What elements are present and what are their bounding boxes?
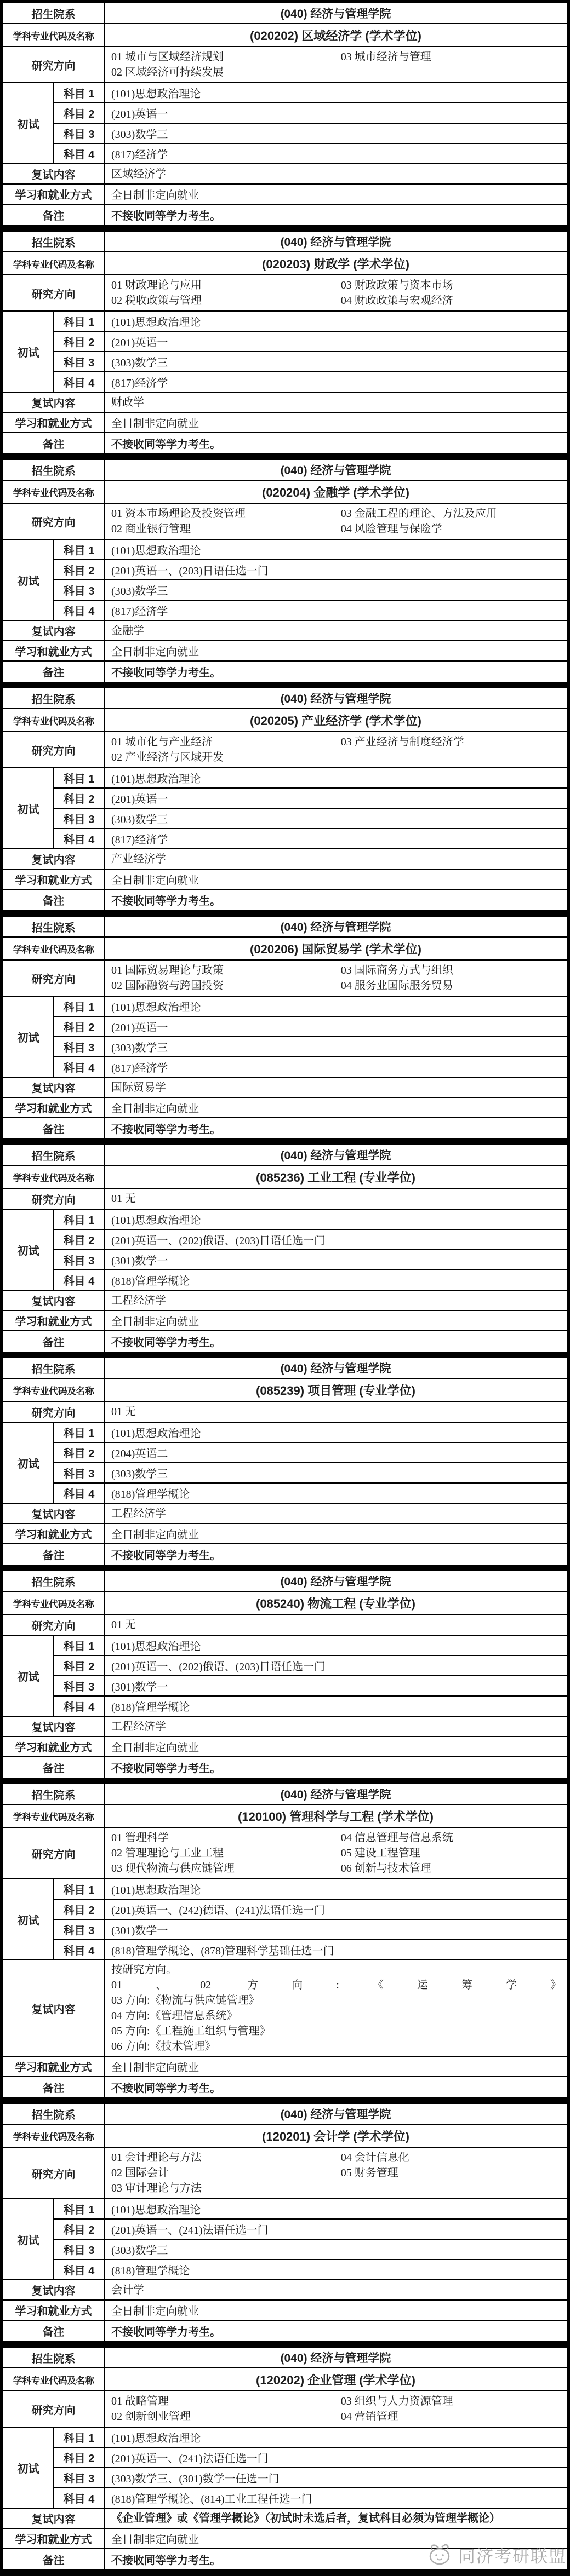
- directions-columns: 01 城市化与产业经济02 产业经济与区域开发 03 产业经济与制度经济学: [111, 734, 561, 765]
- row-label-code-name: 学科专业代码及名称: [3, 1165, 104, 1188]
- row-study-mode: 学习和就业方式 全日制非定向就业: [3, 412, 567, 433]
- row-study-mode: 学习和就业方式 全日制非定向就业: [3, 2056, 567, 2077]
- subject-1-value: (101)思想政治理论: [104, 996, 567, 1016]
- directions-columns: 01 无: [111, 1404, 561, 1419]
- subject-1-label: 科目 1: [54, 539, 104, 560]
- row-code-name: 学科专业代码及名称 (120100) 管理科学与工程 (学术学位): [3, 1804, 567, 1827]
- study-mode-value: 全日制非定向就业: [104, 1310, 567, 1331]
- subject-3-value: (303)数学三: [104, 808, 567, 829]
- direction-item: 01 无: [111, 1191, 341, 1206]
- row-department: 招生院系 (040) 经济与管理学院: [3, 3, 567, 24]
- program-table: 招生院系 (040) 经济与管理学院 学科专业代码及名称 (120202) 企业…: [2, 2347, 568, 2571]
- row-label-department: 招生院系: [3, 1571, 104, 1591]
- subject-3-label: 科目 3: [54, 808, 104, 829]
- study-mode-value: 全日制非定向就业: [104, 2528, 567, 2549]
- directions-right: 03 产业经济与制度经济学: [341, 734, 561, 765]
- row-retest-content: 复试内容 金融学: [3, 620, 567, 641]
- directions-left: 01 国际贸易理论与政策02 国际融资与跨国投资: [111, 963, 341, 993]
- row-label-note: 备注: [3, 1544, 104, 1565]
- directions-right: 03 国际商务方式与组织04 服务业国际服务贸易: [341, 963, 561, 993]
- subject-3-label: 科目 3: [54, 1037, 104, 1057]
- department-value: (040) 经济与管理学院: [104, 1571, 567, 1591]
- subject-4-value: (817)经济学: [104, 372, 567, 392]
- row-label-study-mode: 学习和就业方式: [3, 1310, 104, 1331]
- direction-item: 04 信息管理与信息系统: [341, 1830, 561, 1845]
- directions-left: 01 城市与区域经济规划02 区域经济可持续发展: [111, 49, 341, 80]
- row-note: 备注 不接收同等学力考生。: [3, 1544, 567, 1565]
- direction-item: 02 国际融资与跨国投资: [111, 978, 341, 993]
- subject-4-label: 科目 4: [54, 1940, 104, 1960]
- directions-cell: 01 管理科学02 管理理论与工业工程03 现代物流与供应链管理 04 信息管理…: [104, 1827, 567, 1879]
- subject-2-label: 科目 2: [54, 1899, 104, 1919]
- subject-2-value: (204)英语二: [104, 1442, 567, 1463]
- row-study-mode: 学习和就业方式 全日制非定向就业: [3, 1523, 567, 1544]
- subject-2-value: (201)英语一: [104, 331, 567, 352]
- note-value: 不接收同等学力考生。: [104, 1757, 567, 1778]
- row-label-department: 招生院系: [3, 2103, 104, 2124]
- subject-4-value: (818)管理学概论: [104, 1483, 567, 1503]
- direction-item: 01 管理科学: [111, 1830, 341, 1845]
- note-value: 不接收同等学力考生。: [104, 2320, 567, 2342]
- subject-3-value: (303)数学三: [104, 123, 567, 143]
- row-subject-3: 科目 3 (301)数学一: [3, 1676, 567, 1696]
- retest-line: 03 方向:《物流与供应链管理》: [111, 1993, 561, 2008]
- subject-2-value: (201)英语一、(242)德语、(241)法语任选一门: [104, 1899, 567, 1919]
- subject-3-label: 科目 3: [54, 1250, 104, 1270]
- note-value: 不接收同等学力考生。: [104, 889, 567, 911]
- code-name-value: (085240) 物流工程 (专业学位): [104, 1591, 567, 1614]
- row-label-study-mode: 学习和就业方式: [3, 2300, 104, 2320]
- retest-line: 工程经济学: [111, 1293, 561, 1308]
- retest-line: 工程经济学: [111, 1719, 561, 1734]
- row-label-code-name: 学科专业代码及名称: [3, 24, 104, 47]
- retest-content: 工程经济学: [111, 1506, 561, 1521]
- retest-line: 05 方向:《工程施工组织与管理》: [111, 2023, 561, 2039]
- row-subject-1: 初试 科目 1 (101)思想政治理论: [3, 539, 567, 560]
- direction-item: 01 资本市场理论及投资管理: [111, 506, 341, 521]
- row-retest-content: 复试内容 财政学: [3, 392, 567, 412]
- subject-2-label: 科目 2: [54, 331, 104, 352]
- study-mode-value: 全日制非定向就业: [104, 2300, 567, 2320]
- row-label-department: 招生院系: [3, 2347, 104, 2368]
- directions-columns: 01 会计理论与方法02 国际会计03 审计理论与方法 04 会计信息化05 财…: [111, 2150, 561, 2196]
- subject-4-value: (818)管理学概论: [104, 2259, 567, 2280]
- retest-content: 财政学: [111, 395, 561, 410]
- row-subject-2: 科目 2 (201)英语一、(202)俄语、(203)日语任选一门: [3, 1655, 567, 1676]
- row-department: 招生院系 (040) 经济与管理学院: [3, 2103, 567, 2124]
- retest-cell: 工程经济学: [104, 1503, 567, 1523]
- row-subject-4: 科目 4 (817)经济学: [3, 1057, 567, 1077]
- subject-4-label: 科目 4: [54, 2259, 104, 2280]
- direction-item: 02 创新创业管理: [111, 2409, 341, 2424]
- direction-item: 05 财务管理: [341, 2165, 561, 2181]
- subject-2-label: 科目 2: [54, 2219, 104, 2239]
- subject-3-value: (303)数学三: [104, 580, 567, 600]
- row-subject-1: 初试 科目 1 (101)思想政治理论: [3, 768, 567, 788]
- row-subject-2: 科目 2 (204)英语二: [3, 1442, 567, 1463]
- row-label-retest: 复试内容: [3, 1503, 104, 1523]
- subject-3-value: (303)数学三: [104, 1463, 567, 1483]
- row-note: 备注 不接收同等学力考生。: [3, 1331, 567, 1352]
- direction-item: 04 风险管理与保险学: [341, 521, 561, 537]
- row-label-study-mode: 学习和就业方式: [3, 2056, 104, 2077]
- study-mode-value: 全日制非定向就业: [104, 2056, 567, 2077]
- row-subject-2: 科目 2 (201)英语一、(241)法语任选一门: [3, 2219, 567, 2239]
- retest-cell: 财政学: [104, 392, 567, 412]
- row-label-department: 招生院系: [3, 459, 104, 480]
- row-label-code-name: 学科专业代码及名称: [3, 709, 104, 732]
- subject-4-label: 科目 4: [54, 1696, 104, 1716]
- directions-left: 01 财政理论与应用02 税收政策与管理: [111, 278, 341, 308]
- row-retest-content: 复试内容 工程经济学: [3, 1503, 567, 1523]
- row-label-code-name: 学科专业代码及名称: [3, 2124, 104, 2147]
- subject-3-value: (303)数学三: [104, 1037, 567, 1057]
- row-note: 备注 不接收同等学力考生。: [3, 889, 567, 911]
- row-research-directions: 研究方向 01 财政理论与应用02 税收政策与管理 03 财政政策与资本市场04…: [3, 275, 567, 311]
- row-subject-2: 科目 2 (201)英语一、(241)法语任选一门: [3, 2447, 567, 2468]
- subject-4-value: (818)管理学概论、(878)管理科学基础任选一门: [104, 1940, 567, 1960]
- row-label-retest: 复试内容: [3, 849, 104, 869]
- row-subject-3: 科目 3 (303)数学三: [3, 580, 567, 600]
- subject-1-value: (101)思想政治理论: [104, 1635, 567, 1655]
- row-label-first-exam: 初试: [3, 768, 54, 849]
- row-label-retest: 复试内容: [3, 164, 104, 184]
- directions-cell: 01 城市化与产业经济02 产业经济与区域开发 03 产业经济与制度经济学: [104, 732, 567, 768]
- program-table: 招生院系 (040) 经济与管理学院 学科专业代码及名称 (085236) 工业…: [2, 1144, 568, 1353]
- subject-3-value: (303)数学三: [104, 2239, 567, 2259]
- row-label-study-mode: 学习和就业方式: [3, 184, 104, 204]
- row-label-code-name: 学科专业代码及名称: [3, 252, 104, 275]
- row-label-directions: 研究方向: [3, 503, 104, 539]
- code-name-value: (120202) 企业管理 (学术学位): [104, 2368, 567, 2391]
- row-subject-2: 科目 2 (201)英语一: [3, 331, 567, 352]
- retest-content: 金融学: [111, 623, 561, 639]
- code-name-value: (020203) 财政学 (学术学位): [104, 252, 567, 275]
- row-label-retest: 复试内容: [3, 2508, 104, 2528]
- row-study-mode: 学习和就业方式 全日制非定向就业: [3, 2528, 567, 2549]
- row-study-mode: 学习和就业方式 全日制非定向就业: [3, 869, 567, 889]
- program-table: 招生院系 (040) 经济与管理学院 学科专业代码及名称 (120201) 会计…: [2, 2103, 568, 2342]
- row-subject-4: 科目 4 (817)经济学: [3, 600, 567, 620]
- row-subject-4: 科目 4 (818)管理学概论: [3, 1270, 567, 1290]
- program-block: 招生院系 (040) 经济与管理学院 学科专业代码及名称 (085236) 工业…: [0, 1142, 570, 1355]
- row-label-first-exam: 初试: [3, 1209, 54, 1290]
- subject-2-label: 科目 2: [54, 788, 104, 808]
- row-study-mode: 学习和就业方式 全日制非定向就业: [3, 1737, 567, 1757]
- subject-2-value: (201)英语一、(202)俄语、(203)日语任选一门: [104, 1655, 567, 1676]
- retest-content: 工程经济学: [111, 1719, 561, 1734]
- row-label-note: 备注: [3, 2077, 104, 2098]
- directions-columns: 01 无: [111, 1191, 561, 1206]
- row-label-code-name: 学科专业代码及名称: [3, 937, 104, 960]
- subject-2-label: 科目 2: [54, 103, 104, 123]
- directions-left: 01 无: [111, 1404, 341, 1419]
- row-label-note: 备注: [3, 1118, 104, 1139]
- retest-cell: 金融学: [104, 620, 567, 641]
- code-name-value: (120100) 管理科学与工程 (学术学位): [104, 1804, 567, 1827]
- retest-cell: 区域经济学: [104, 164, 567, 184]
- subject-4-label: 科目 4: [54, 1270, 104, 1290]
- row-subject-3: 科目 3 (303)数学三: [3, 1463, 567, 1483]
- retest-cell: 会计学: [104, 2280, 567, 2300]
- row-subject-1: 初试 科目 1 (101)思想政治理论: [3, 83, 567, 103]
- row-department: 招生院系 (040) 经济与管理学院: [3, 1145, 567, 1165]
- row-subject-1: 初试 科目 1 (101)思想政治理论: [3, 2427, 567, 2447]
- directions-right: [341, 1191, 561, 1206]
- direction-item: 01 财政理论与应用: [111, 278, 341, 293]
- direction-item: 01 城市化与产业经济: [111, 734, 341, 750]
- row-subject-2: 科目 2 (201)英语一: [3, 1016, 567, 1037]
- row-retest-content: 复试内容 产业经济学: [3, 849, 567, 869]
- row-note: 备注 不接收同等学力考生。: [3, 661, 567, 682]
- directions-left: 01 管理科学02 管理理论与工业工程03 现代物流与供应链管理: [111, 1830, 341, 1876]
- program-block: 招生院系 (040) 经济与管理学院 学科专业代码及名称 (020206) 国际…: [0, 913, 570, 1142]
- directions-columns: 01 无: [111, 1617, 561, 1632]
- row-study-mode: 学习和就业方式 全日制非定向就业: [3, 184, 567, 204]
- subject-1-label: 科目 1: [54, 2199, 104, 2219]
- code-name-value: (020204) 金融学 (学术学位): [104, 480, 567, 503]
- direction-item: 04 财政政策与宏观经济: [341, 293, 561, 308]
- program-table: 招生院系 (040) 经济与管理学院 学科专业代码及名称 (120100) 管理…: [2, 1783, 568, 2098]
- retest-line: 01、02 方向:《运筹学》: [111, 1977, 561, 1993]
- subject-3-label: 科目 3: [54, 580, 104, 600]
- direction-item: 01 国际贸易理论与政策: [111, 963, 341, 978]
- row-label-directions: 研究方向: [3, 1827, 104, 1879]
- code-name-value: (020206) 国际贸易学 (学术学位): [104, 937, 567, 960]
- row-subject-4: 科目 4 (818)管理学概论: [3, 1696, 567, 1716]
- direction-item: 03 金融工程的理论、方法及应用: [341, 506, 561, 521]
- subject-2-label: 科目 2: [54, 2447, 104, 2468]
- direction-item: 03 产业经济与制度经济学: [341, 734, 561, 750]
- program-block: 招生院系 (040) 经济与管理学院 学科专业代码及名称 (020203) 财政…: [0, 228, 570, 457]
- retest-content: 区域经济学: [111, 166, 561, 182]
- row-label-code-name: 学科专业代码及名称: [3, 2368, 104, 2391]
- study-mode-value: 全日制非定向就业: [104, 1097, 567, 1118]
- row-label-directions: 研究方向: [3, 2391, 104, 2427]
- direction-item: 02 产业经济与区域开发: [111, 750, 341, 765]
- subject-3-value: (303)数学三、(301)数学一任选一门: [104, 2468, 567, 2488]
- direction-item: 03 国际商务方式与组织: [341, 963, 561, 978]
- study-mode-value: 全日制非定向就业: [104, 641, 567, 661]
- department-value: (040) 经济与管理学院: [104, 916, 567, 937]
- retest-line: 金融学: [111, 623, 561, 639]
- subject-4-value: (817)经济学: [104, 1057, 567, 1077]
- direction-item: 02 商业银行管理: [111, 521, 341, 537]
- subject-4-value: (818)管理学概论: [104, 1270, 567, 1290]
- row-subject-4: 科目 4 (817)经济学: [3, 143, 567, 164]
- directions-cell: 01 无: [104, 1188, 567, 1209]
- row-subject-1: 初试 科目 1 (101)思想政治理论: [3, 2199, 567, 2219]
- subject-4-value: (818)管理学概论、(814)工业工程任选一门: [104, 2488, 567, 2508]
- row-research-directions: 研究方向 01 战略管理02 创新创业管理 03 组织与人力资源管理04 营销管…: [3, 2391, 567, 2427]
- row-code-name: 学科专业代码及名称 (085236) 工业工程 (专业学位): [3, 1165, 567, 1188]
- row-label-study-mode: 学习和就业方式: [3, 2528, 104, 2549]
- directions-cell: 01 无: [104, 1614, 567, 1635]
- subject-4-value: (818)管理学概论: [104, 1696, 567, 1716]
- row-label-note: 备注: [3, 1757, 104, 1778]
- row-label-department: 招生院系: [3, 231, 104, 252]
- row-retest-content: 复试内容 会计学: [3, 2280, 567, 2300]
- row-research-directions: 研究方向 01 城市化与产业经济02 产业经济与区域开发 03 产业经济与制度经…: [3, 732, 567, 768]
- row-subject-3: 科目 3 (303)数学三、(301)数学一任选一门: [3, 2468, 567, 2488]
- subject-4-label: 科目 4: [54, 372, 104, 392]
- row-label-directions: 研究方向: [3, 960, 104, 996]
- direction-item: 01 会计理论与方法: [111, 2150, 341, 2165]
- subject-2-label: 科目 2: [54, 560, 104, 580]
- subject-2-value: (201)英语一、(241)法语任选一门: [104, 2447, 567, 2468]
- row-label-retest: 复试内容: [3, 392, 104, 412]
- subject-3-label: 科目 3: [54, 1676, 104, 1696]
- direction-item: 02 管理理论与工业工程: [111, 1845, 341, 1861]
- directions-cell: 01 国际贸易理论与政策02 国际融资与跨国投资 03 国际商务方式与组织04 …: [104, 960, 567, 996]
- department-value: (040) 经济与管理学院: [104, 3, 567, 24]
- direction-item: 04 营销管理: [341, 2409, 561, 2424]
- direction-item: 01 城市与区域经济规划: [111, 49, 341, 65]
- directions-left: 01 无: [111, 1191, 341, 1206]
- directions-columns: 01 管理科学02 管理理论与工业工程03 现代物流与供应链管理 04 信息管理…: [111, 1830, 561, 1876]
- subject-4-label: 科目 4: [54, 1057, 104, 1077]
- subject-1-label: 科目 1: [54, 768, 104, 788]
- subject-1-label: 科目 1: [54, 1635, 104, 1655]
- row-note: 备注 不接收同等学力考生。: [3, 2077, 567, 2098]
- subject-2-label: 科目 2: [54, 1655, 104, 1676]
- note-value: 不接收同等学力考生。: [104, 433, 567, 454]
- row-research-directions: 研究方向 01 资本市场理论及投资管理02 商业银行管理 03 金融工程的理论、…: [3, 503, 567, 539]
- retest-cell: 《企业管理》或《管理学概论》（初试时未选后者，复试科目必须为管理学概论）: [104, 2508, 567, 2528]
- subject-2-value: (201)英语一: [104, 788, 567, 808]
- directions-cell: 01 无: [104, 1401, 567, 1422]
- row-code-name: 学科专业代码及名称 (020204) 金融学 (学术学位): [3, 480, 567, 503]
- row-study-mode: 学习和就业方式 全日制非定向就业: [3, 641, 567, 661]
- admissions-table: 招生院系 (040) 经济与管理学院 学科专业代码及名称 (020202) 区域…: [0, 0, 570, 2573]
- row-department: 招生院系 (040) 经济与管理学院: [3, 1784, 567, 1804]
- row-code-name: 学科专业代码及名称 (020203) 财政学 (学术学位): [3, 252, 567, 275]
- subject-2-value: (201)英语一、(241)法语任选一门: [104, 2219, 567, 2239]
- row-subject-4: 科目 4 (818)管理学概论、(814)工业工程任选一门: [3, 2488, 567, 2508]
- row-label-first-exam: 初试: [3, 83, 54, 164]
- row-code-name: 学科专业代码及名称 (020206) 国际贸易学 (学术学位): [3, 937, 567, 960]
- row-subject-3: 科目 3 (303)数学三: [3, 808, 567, 829]
- row-note: 备注 不接收同等学力考生。: [3, 2549, 567, 2570]
- row-note: 备注 不接收同等学力考生。: [3, 2320, 567, 2342]
- retest-cell: 产业经济学: [104, 849, 567, 869]
- row-label-retest: 复试内容: [3, 2280, 104, 2300]
- row-subject-1: 初试 科目 1 (101)思想政治理论: [3, 996, 567, 1016]
- bottom-border-strip: [0, 2573, 570, 2576]
- subject-4-value: (817)经济学: [104, 829, 567, 849]
- row-subject-4: 科目 4 (818)管理学概论: [3, 2259, 567, 2280]
- department-value: (040) 经济与管理学院: [104, 231, 567, 252]
- program-block: 招生院系 (040) 经济与管理学院 学科专业代码及名称 (020204) 金融…: [0, 457, 570, 685]
- note-value: 不接收同等学力考生。: [104, 204, 567, 226]
- row-study-mode: 学习和就业方式 全日制非定向就业: [3, 1310, 567, 1331]
- row-label-study-mode: 学习和就业方式: [3, 869, 104, 889]
- subject-1-value: (101)思想政治理论: [104, 2199, 567, 2219]
- note-value: 不接收同等学力考生。: [104, 1331, 567, 1352]
- row-department: 招生院系 (040) 经济与管理学院: [3, 688, 567, 709]
- retest-content: 《企业管理》或《管理学概论》（初试时未选后者，复试科目必须为管理学概论）: [111, 2511, 561, 2526]
- row-label-study-mode: 学习和就业方式: [3, 1737, 104, 1757]
- subject-4-label: 科目 4: [54, 1483, 104, 1503]
- code-name-value: (020205) 产业经济学 (学术学位): [104, 709, 567, 732]
- retest-cell: 工程经济学: [104, 1290, 567, 1310]
- subject-1-value: (101)思想政治理论: [104, 2427, 567, 2447]
- department-value: (040) 经济与管理学院: [104, 1358, 567, 1378]
- row-label-retest: 复试内容: [3, 1960, 104, 2056]
- row-label-retest: 复试内容: [3, 1077, 104, 1097]
- row-label-directions: 研究方向: [3, 1188, 104, 1209]
- row-subject-2: 科目 2 (201)英语一: [3, 103, 567, 123]
- direction-item: 02 税收政策与管理: [111, 293, 341, 308]
- directions-left: 01 无: [111, 1617, 341, 1632]
- row-research-directions: 研究方向 01 无: [3, 1614, 567, 1635]
- department-value: (040) 经济与管理学院: [104, 688, 567, 709]
- row-note: 备注 不接收同等学力考生。: [3, 1118, 567, 1139]
- row-label-retest: 复试内容: [3, 1716, 104, 1737]
- row-subject-3: 科目 3 (303)数学三: [3, 123, 567, 143]
- directions-cell: 01 财政理论与应用02 税收政策与管理 03 财政政策与资本市场04 财政政策…: [104, 275, 567, 311]
- row-label-retest: 复试内容: [3, 620, 104, 641]
- row-label-first-exam: 初试: [3, 2427, 54, 2508]
- program-table: 招生院系 (040) 经济与管理学院 学科专业代码及名称 (020205) 产业…: [2, 687, 568, 911]
- row-code-name: 学科专业代码及名称 (085240) 物流工程 (专业学位): [3, 1591, 567, 1614]
- direction-item: 03 城市经济与管理: [341, 49, 561, 65]
- retest-line: 国际贸易学: [111, 1080, 561, 1095]
- directions-cell: 01 城市与区域经济规划02 区域经济可持续发展 03 城市经济与管理: [104, 47, 567, 83]
- direction-item: 03 组织与人力资源管理: [341, 2394, 561, 2409]
- program-block: 招生院系 (040) 经济与管理学院 学科专业代码及名称 (120201) 会计…: [0, 2101, 570, 2344]
- subject-2-label: 科目 2: [54, 1016, 104, 1037]
- subject-4-label: 科目 4: [54, 600, 104, 620]
- subject-1-label: 科目 1: [54, 83, 104, 103]
- row-research-directions: 研究方向 01 无: [3, 1401, 567, 1422]
- code-name-value: (020202) 区域经济学 (学术学位): [104, 24, 567, 47]
- subject-1-value: (101)思想政治理论: [104, 1422, 567, 1442]
- directions-columns: 01 战略管理02 创新创业管理 03 组织与人力资源管理04 营销管理: [111, 2394, 561, 2424]
- direction-item: 02 国际会计: [111, 2165, 341, 2181]
- row-label-first-exam: 初试: [3, 1879, 54, 1960]
- row-department: 招生院系 (040) 经济与管理学院: [3, 2347, 567, 2368]
- study-mode-value: 全日制非定向就业: [104, 1737, 567, 1757]
- row-label-department: 招生院系: [3, 688, 104, 709]
- retest-line: 《企业管理》或《管理学概论》（初试时未选后者，复试科目必须为管理学概论）: [111, 2511, 561, 2526]
- direction-item: 03 现代物流与供应链管理: [111, 1861, 341, 1876]
- retest-line: 会计学: [111, 2282, 561, 2298]
- row-label-code-name: 学科专业代码及名称: [3, 1591, 104, 1614]
- row-subject-2: 科目 2 (201)英语一: [3, 788, 567, 808]
- retest-content: 会计学: [111, 2282, 561, 2298]
- direction-item: 01 战略管理: [111, 2394, 341, 2409]
- row-label-code-name: 学科专业代码及名称: [3, 480, 104, 503]
- row-label-first-exam: 初试: [3, 1422, 54, 1503]
- retest-cell: 工程经济学: [104, 1716, 567, 1737]
- department-value: (040) 经济与管理学院: [104, 1145, 567, 1165]
- row-label-department: 招生院系: [3, 916, 104, 937]
- row-subject-1: 初试 科目 1 (101)思想政治理论: [3, 1209, 567, 1229]
- subject-3-label: 科目 3: [54, 123, 104, 143]
- subject-1-label: 科目 1: [54, 311, 104, 331]
- directions-right: [341, 1617, 561, 1632]
- row-label-department: 招生院系: [3, 3, 104, 24]
- subject-1-value: (101)思想政治理论: [104, 768, 567, 788]
- row-label-first-exam: 初试: [3, 996, 54, 1077]
- study-mode-value: 全日制非定向就业: [104, 184, 567, 204]
- subject-1-label: 科目 1: [54, 1209, 104, 1229]
- program-table: 招生院系 (040) 经济与管理学院 学科专业代码及名称 (020204) 金融…: [2, 459, 568, 683]
- row-label-first-exam: 初试: [3, 539, 54, 620]
- row-research-directions: 研究方向 01 无: [3, 1188, 567, 1209]
- row-research-directions: 研究方向 01 城市与区域经济规划02 区域经济可持续发展 03 城市经济与管理: [3, 47, 567, 83]
